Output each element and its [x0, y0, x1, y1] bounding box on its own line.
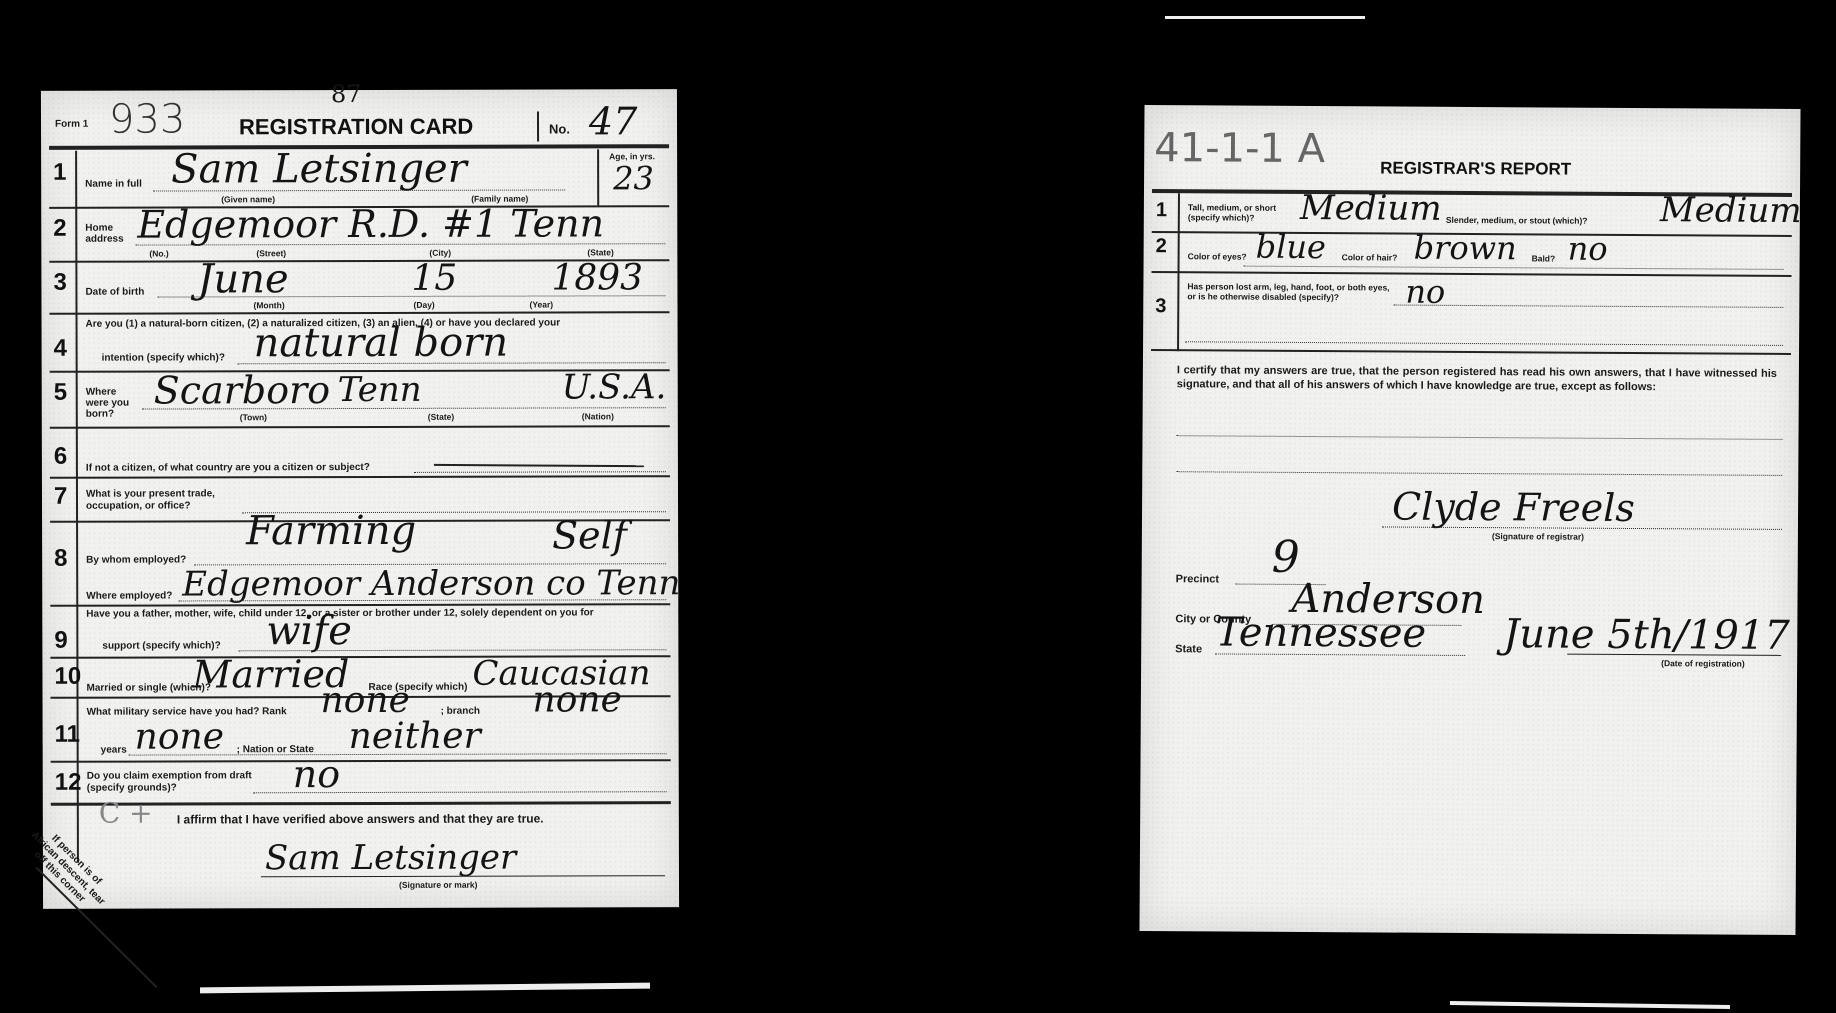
sub-label: (State): [587, 247, 613, 257]
rule: [51, 759, 671, 763]
occupation-label: What is your present trade, occupation, …: [86, 488, 246, 512]
dash-mark: [434, 464, 644, 467]
build-value: Medium: [1660, 190, 1802, 231]
hair-color-value: brown: [1414, 229, 1517, 268]
registrar-signature-label: (Signature of registrar): [1492, 531, 1584, 542]
state-value: Tennessee: [1215, 609, 1426, 656]
disability-label: Has person lost arm, leg, hand, foot, or…: [1187, 281, 1397, 302]
height-label: Tall, medium, or short (specify which)?: [1188, 202, 1298, 223]
citizenship-label: intention (specify which)?: [102, 352, 225, 363]
affirmation-text: I affirm that I have verified above answ…: [177, 812, 544, 827]
place-employed-value: Edgemoor Anderson co Tenn: [182, 563, 680, 604]
field-number: 9: [54, 627, 67, 655]
sub-label: (Year): [529, 299, 553, 309]
sub-label: (Nation): [582, 411, 614, 421]
sub-label: (State): [428, 412, 454, 422]
field-number: 5: [54, 379, 67, 407]
field-number: 10: [54, 663, 81, 691]
military-branch-value: none: [532, 679, 621, 720]
registration-number: 47: [589, 99, 637, 143]
field-number: 2: [53, 215, 66, 243]
date-label: (Date of registration): [1661, 658, 1745, 669]
field-number: 3: [53, 269, 66, 297]
corner-pencil-mark: C +: [99, 797, 153, 830]
serial-number: 933: [109, 96, 185, 142]
rule: [50, 603, 670, 607]
form-label: Form 1: [55, 119, 88, 130]
dependents-label: support (specify which)?: [102, 640, 220, 651]
occupation-value: Farming: [246, 508, 416, 554]
sub-label: (Month): [253, 300, 284, 310]
field-number: 3: [1155, 295, 1166, 318]
field-line: [414, 471, 666, 473]
rule: [1152, 271, 1792, 277]
divider: [597, 149, 599, 205]
rule: [50, 425, 670, 429]
citizenship-value: natural born: [254, 320, 509, 367]
foreign-citizen-label: If not a citizen, of what country are yo…: [86, 462, 370, 474]
exemption-label: Do you claim exemption from draft (speci…: [87, 770, 257, 794]
top-annotation: 87: [331, 80, 362, 108]
report-title: REGISTRAR'S REPORT: [1380, 158, 1571, 179]
rule: [50, 475, 670, 479]
bald-value: no: [1568, 230, 1608, 268]
military-nation-value: neither: [349, 716, 481, 757]
dependents-value: wife: [266, 608, 352, 654]
home-address-label: Home address: [85, 223, 125, 245]
eye-color-value: blue: [1256, 228, 1326, 266]
height-value: Medium: [1300, 188, 1442, 229]
scan-edge-fragment: [1165, 16, 1365, 19]
back-serial: 41-1-1 A: [1154, 125, 1325, 172]
bald-label: Bald?: [1532, 253, 1556, 263]
sub-label: (City): [429, 248, 451, 258]
field-line: [1393, 305, 1783, 308]
birthplace-label: Where were you born?: [86, 387, 138, 420]
registration-card-front: Form 1 933 87 REGISTRATION CARD No. 47 1…: [41, 89, 679, 909]
home-address-value: Edgemoor R.D. #1 Tenn: [137, 201, 604, 246]
sub-label: (Town): [240, 412, 267, 422]
field-line: [1177, 435, 1783, 440]
hair-color-label: Color of hair?: [1342, 252, 1398, 262]
number-column-rule: [75, 151, 79, 863]
field-number: 4: [54, 335, 67, 363]
name-value: Sam Letsinger: [171, 146, 467, 193]
registration-date: June 5th/1917: [1503, 611, 1790, 659]
field-line: [1185, 341, 1783, 346]
scan-edge-fragment: [1450, 1001, 1730, 1009]
employer-value: Self: [552, 513, 627, 557]
field-number: 12: [55, 769, 82, 797]
age-value: 23: [613, 159, 654, 197]
registrant-signature: Sam Letsinger: [265, 838, 516, 879]
field-number: 8: [54, 545, 67, 573]
military-years-value: none: [135, 716, 224, 757]
place-employed-label: Where employed?: [86, 590, 172, 601]
years-label: years: [101, 745, 127, 756]
dob-month: June: [197, 256, 288, 302]
field-number: 1: [53, 159, 66, 187]
scan-edge-fragment: [200, 983, 650, 994]
exemption-value: no: [293, 752, 340, 796]
card-title: REGISTRATION CARD: [239, 114, 473, 141]
rule: [50, 311, 670, 315]
birthplace-state: Tenn: [338, 370, 422, 410]
field-number: 11: [55, 721, 80, 749]
field-number: 1: [1156, 199, 1167, 222]
tear-off-corner-note: If person is of African descent, tear of…: [19, 821, 115, 917]
registrars-report-back: 41-1-1 A REGISTRAR'S REPORT 1 Tall, medi…: [1139, 105, 1800, 935]
dob-year: 1893: [551, 257, 643, 298]
field-number: 6: [54, 443, 67, 471]
birthplace-town: Scarboro: [154, 368, 331, 412]
sub-label: (Day): [413, 300, 434, 310]
field-line: [1176, 471, 1782, 476]
name-label: Name in full: [85, 179, 142, 190]
birthplace-nation: U.S.A.: [562, 367, 667, 407]
registrar-signature: Clyde Freels: [1392, 485, 1635, 530]
precinct-label: Precinct: [1176, 573, 1219, 585]
no-label: No.: [549, 121, 570, 136]
certification-text: I certify that my answers are true, that…: [1177, 363, 1777, 395]
dob-label: Date of birth: [85, 287, 144, 298]
field-number: 7: [54, 483, 67, 511]
divider: [537, 112, 539, 142]
dob-day: 15: [411, 258, 457, 299]
signature-label: (Signature or mark): [399, 880, 477, 890]
build-label: Slender, medium, or stout (which)?: [1446, 215, 1588, 226]
eye-color-label: Color of eyes?: [1188, 251, 1247, 261]
rule: [1151, 349, 1791, 355]
employer-label: By whom employed?: [86, 554, 186, 565]
sub-label: (No.): [149, 248, 168, 258]
field-number: 2: [1156, 235, 1167, 258]
state-label: State: [1175, 643, 1202, 655]
